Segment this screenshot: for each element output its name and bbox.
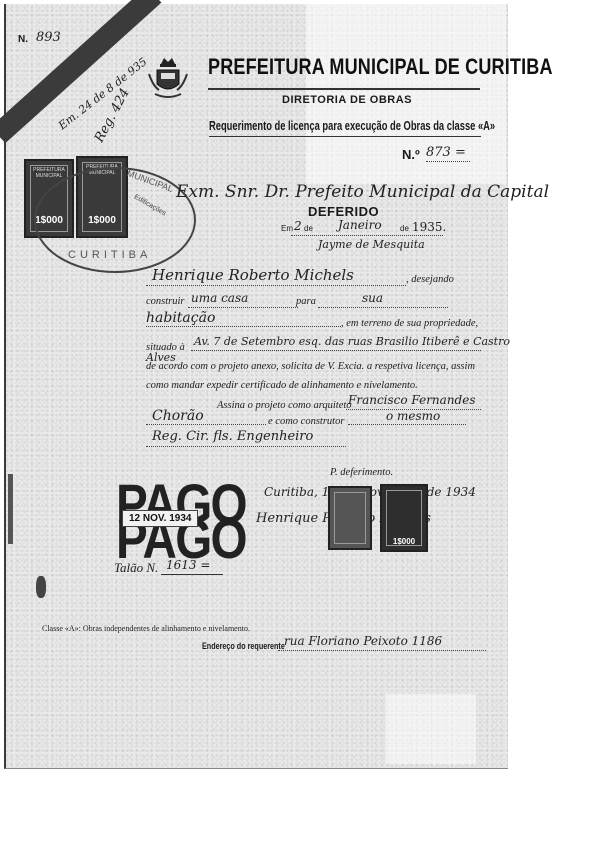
construir-value: uma casa	[191, 291, 248, 305]
talao-label: Talão N.	[114, 560, 158, 576]
talao-value: 1613 =	[166, 558, 210, 572]
paper-light-area	[386, 694, 476, 764]
applicant-name-line	[146, 285, 406, 286]
construtor-line	[348, 424, 466, 425]
approval-date-year: 1935.	[412, 220, 446, 234]
construtor-continuation-line	[146, 446, 346, 447]
endereco-label: Endereço do requerente	[202, 641, 285, 651]
arquiteto-continuation-line	[146, 424, 266, 425]
approval-date-day: 2	[294, 219, 302, 233]
form-title: Requerimento de licença para execução de…	[209, 118, 495, 133]
oval-stamp-bottom-text: CURITIBA	[68, 249, 151, 261]
closing-revenue-stamp-2: 1$000	[380, 484, 428, 552]
corner-number-label: N.	[18, 34, 28, 45]
situado-value: Av. 7 de Setembro esq. das ruas Brasilio…	[194, 335, 510, 348]
stamp-border	[334, 492, 366, 544]
document-title: PREFEITURA MUNICIPAL DE CURITIBA	[208, 54, 553, 80]
approval-signature: Jayme de Mesquita	[318, 238, 425, 251]
form-number-value: 873 =	[426, 145, 466, 160]
endereco-value: rua Floriano Peixoto 1186	[284, 634, 442, 648]
construir-label: construir	[146, 296, 185, 307]
coat-of-arms-icon	[147, 56, 189, 100]
construtor-continuation: Reg. Cir. fls. Engenheiro	[152, 429, 313, 444]
construir-line	[188, 307, 298, 308]
endereco-line	[278, 650, 486, 651]
p-deferimento: P. deferimento.	[330, 467, 393, 478]
body-line-mandar: como mandar expedir certificado de alinh…	[146, 380, 418, 391]
after-name-text: , desejando	[406, 274, 454, 285]
form-title-underline	[209, 136, 481, 137]
para-value: sua	[362, 291, 383, 305]
form-number-label: N.º	[402, 147, 420, 162]
margin-mark	[8, 474, 13, 544]
arquiteto-value: Francisco Fernandes	[348, 393, 475, 407]
approval-date-prefix: Em	[281, 224, 293, 233]
approval-date-month: Janeiro	[338, 218, 382, 232]
scanned-document-page: N. 893 Em. 24 de 8 de 935 Reg. 424 PREFE…	[4, 4, 508, 769]
deferido-stamp: DEFERIDO	[308, 204, 379, 219]
applicant-name: Henrique Roberto Michels	[152, 266, 354, 284]
margin-ink-blot	[36, 576, 46, 598]
body-line-acordo: de acordo com o projeto anexo, solicita …	[146, 361, 475, 372]
para-line	[318, 307, 448, 308]
salutation: Exm. Snr. Dr. Prefeito Municipal da Capi…	[176, 182, 549, 202]
corner-number-value: 893	[36, 30, 61, 45]
classe-note: Classe «A»: Obras independentes de alinh…	[42, 624, 250, 633]
terreno-text: , em terreno de sua propriedade,	[341, 318, 478, 329]
approval-date-line	[291, 235, 443, 236]
situado-line	[191, 350, 481, 351]
arquiteto-continuation: Chorão	[152, 408, 204, 424]
purpose-line	[146, 326, 341, 327]
approval-date-year-prefix: de	[400, 224, 409, 233]
construtor-label: e como construtor	[268, 416, 344, 427]
purpose-value: habitação	[146, 310, 215, 326]
document-subtitle: DIRETORIA DE OBRAS	[282, 94, 412, 106]
title-underline	[208, 88, 480, 90]
payment-date-stamp: 12 NOV. 1934	[122, 510, 198, 527]
construtor-value: o mesmo	[386, 409, 440, 423]
stamp-value: 1$000	[382, 537, 426, 546]
form-number-line	[426, 161, 470, 162]
assina-text: Assina o projeto como arquiteto	[217, 400, 352, 411]
closing-revenue-stamp-1	[328, 486, 372, 550]
approval-date-connector: de	[304, 224, 313, 233]
talao-line	[161, 574, 223, 575]
para-label: para	[296, 296, 316, 307]
